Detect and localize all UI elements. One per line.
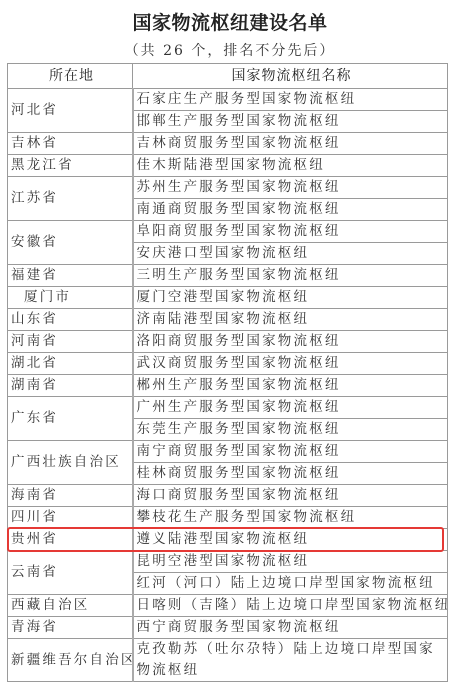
hub-cell: 佳木斯陆港型国家物流枢纽 bbox=[133, 155, 448, 177]
hub-cell: 攀枝花生产服务型国家物流枢纽 bbox=[133, 507, 448, 529]
location-cell: 安徽省 bbox=[8, 221, 133, 265]
location-cell: 山东省 bbox=[8, 309, 133, 331]
header-location: 所在地 bbox=[8, 64, 133, 89]
hub-cell: 郴州生产服务型国家物流枢纽 bbox=[133, 375, 448, 397]
hub-cell: 遵义陆港型国家物流枢纽 bbox=[133, 529, 448, 551]
location-cell: 广西壮族自治区 bbox=[8, 441, 133, 485]
location-cell: 江苏省 bbox=[8, 177, 133, 221]
hub-cell: 红河（河口）陆上边境口岸型国家物流枢纽 bbox=[133, 573, 448, 595]
table-row: 湖南省 郴州生产服务型国家物流枢纽 bbox=[8, 375, 448, 397]
location-cell: 西藏自治区 bbox=[8, 595, 133, 617]
location-cell: 厦门市 bbox=[8, 287, 133, 309]
hub-cell: 吉林商贸服务型国家物流枢纽 bbox=[133, 133, 448, 155]
hub-cell: 苏州生产服务型国家物流枢纽 bbox=[133, 177, 448, 199]
hub-cell: 厦门空港型国家物流枢纽 bbox=[133, 287, 448, 309]
hub-cell: 克孜勒苏（吐尔尕特）陆上边境口岸型国家物流枢纽 bbox=[133, 639, 448, 682]
location-cell: 海南省 bbox=[8, 485, 133, 507]
hub-cell: 海口商贸服务型国家物流枢纽 bbox=[133, 485, 448, 507]
hub-cell: 西宁商贸服务型国家物流枢纽 bbox=[133, 617, 448, 639]
location-cell: 贵州省 bbox=[8, 529, 133, 551]
table-header-row: 所在地 国家物流枢纽名称 bbox=[8, 64, 448, 89]
table-row: 青海省 西宁商贸服务型国家物流枢纽 bbox=[8, 617, 448, 639]
hub-cell: 安庆港口型国家物流枢纽 bbox=[133, 243, 448, 265]
document-title: 国家物流枢纽建设名单 bbox=[0, 8, 460, 35]
hub-cell: 广州生产服务型国家物流枢纽 bbox=[133, 397, 448, 419]
hub-cell: 三明生产服务型国家物流枢纽 bbox=[133, 265, 448, 287]
table-row: 湖北省 武汉商贸服务型国家物流枢纽 bbox=[8, 353, 448, 375]
location-cell: 湖北省 bbox=[8, 353, 133, 375]
document-subtitle: （共 26 个，排名不分先后） bbox=[0, 40, 460, 60]
location-cell: 湖南省 bbox=[8, 375, 133, 397]
location-cell: 吉林省 bbox=[8, 133, 133, 155]
hub-cell: 南通商贸服务型国家物流枢纽 bbox=[133, 199, 448, 221]
hub-cell: 石家庄生产服务型国家物流枢纽 bbox=[133, 89, 448, 111]
table-row: 福建省 三明生产服务型国家物流枢纽 bbox=[8, 265, 448, 287]
table-row: 安徽省 阜阳商贸服务型国家物流枢纽 bbox=[8, 221, 448, 243]
hub-cell: 桂林商贸服务型国家物流枢纽 bbox=[133, 463, 448, 485]
table-row: 西藏自治区 日喀则（吉隆）陆上边境口岸型国家物流枢纽 bbox=[8, 595, 448, 617]
table-row: 江苏省 苏州生产服务型国家物流枢纽 bbox=[8, 177, 448, 199]
hub-cell: 阜阳商贸服务型国家物流枢纽 bbox=[133, 221, 448, 243]
table-row: 海南省 海口商贸服务型国家物流枢纽 bbox=[8, 485, 448, 507]
hub-cell: 日喀则（吉隆）陆上边境口岸型国家物流枢纽 bbox=[133, 595, 448, 617]
hub-list-table: 所在地 国家物流枢纽名称 河北省 石家庄生产服务型国家物流枢纽 邯郸生产服务型国… bbox=[7, 63, 448, 682]
location-cell: 青海省 bbox=[8, 617, 133, 639]
location-cell: 四川省 bbox=[8, 507, 133, 529]
hub-cell: 武汉商贸服务型国家物流枢纽 bbox=[133, 353, 448, 375]
location-cell: 河南省 bbox=[8, 331, 133, 353]
hub-cell: 济南陆港型国家物流枢纽 bbox=[133, 309, 448, 331]
table-row: 黑龙江省 佳木斯陆港型国家物流枢纽 bbox=[8, 155, 448, 177]
table-row-highlighted: 贵州省 遵义陆港型国家物流枢纽 bbox=[8, 529, 448, 551]
table-row: 河南省 洛阳商贸服务型国家物流枢纽 bbox=[8, 331, 448, 353]
table-row: 厦门市 厦门空港型国家物流枢纽 bbox=[8, 287, 448, 309]
hub-cell: 东莞生产服务型国家物流枢纽 bbox=[133, 419, 448, 441]
hub-cell: 邯郸生产服务型国家物流枢纽 bbox=[133, 111, 448, 133]
table-row: 河北省 石家庄生产服务型国家物流枢纽 bbox=[8, 89, 448, 111]
hub-cell: 洛阳商贸服务型国家物流枢纽 bbox=[133, 331, 448, 353]
hub-cell: 昆明空港型国家物流枢纽 bbox=[133, 551, 448, 573]
table-row: 云南省 昆明空港型国家物流枢纽 bbox=[8, 551, 448, 573]
location-cell: 河北省 bbox=[8, 89, 133, 133]
table-row: 新疆维吾尔自治区 克孜勒苏（吐尔尕特）陆上边境口岸型国家物流枢纽 bbox=[8, 639, 448, 682]
location-cell: 福建省 bbox=[8, 265, 133, 287]
location-cell: 黑龙江省 bbox=[8, 155, 133, 177]
table-row: 四川省 攀枝花生产服务型国家物流枢纽 bbox=[8, 507, 448, 529]
location-cell: 新疆维吾尔自治区 bbox=[8, 639, 133, 682]
table-row: 广西壮族自治区 南宁商贸服务型国家物流枢纽 bbox=[8, 441, 448, 463]
location-cell: 云南省 bbox=[8, 551, 133, 595]
table-row: 山东省 济南陆港型国家物流枢纽 bbox=[8, 309, 448, 331]
header-hub-name: 国家物流枢纽名称 bbox=[133, 64, 448, 89]
hub-cell: 南宁商贸服务型国家物流枢纽 bbox=[133, 441, 448, 463]
table-row: 吉林省 吉林商贸服务型国家物流枢纽 bbox=[8, 133, 448, 155]
table-row: 广东省 广州生产服务型国家物流枢纽 bbox=[8, 397, 448, 419]
location-cell: 广东省 bbox=[8, 397, 133, 441]
